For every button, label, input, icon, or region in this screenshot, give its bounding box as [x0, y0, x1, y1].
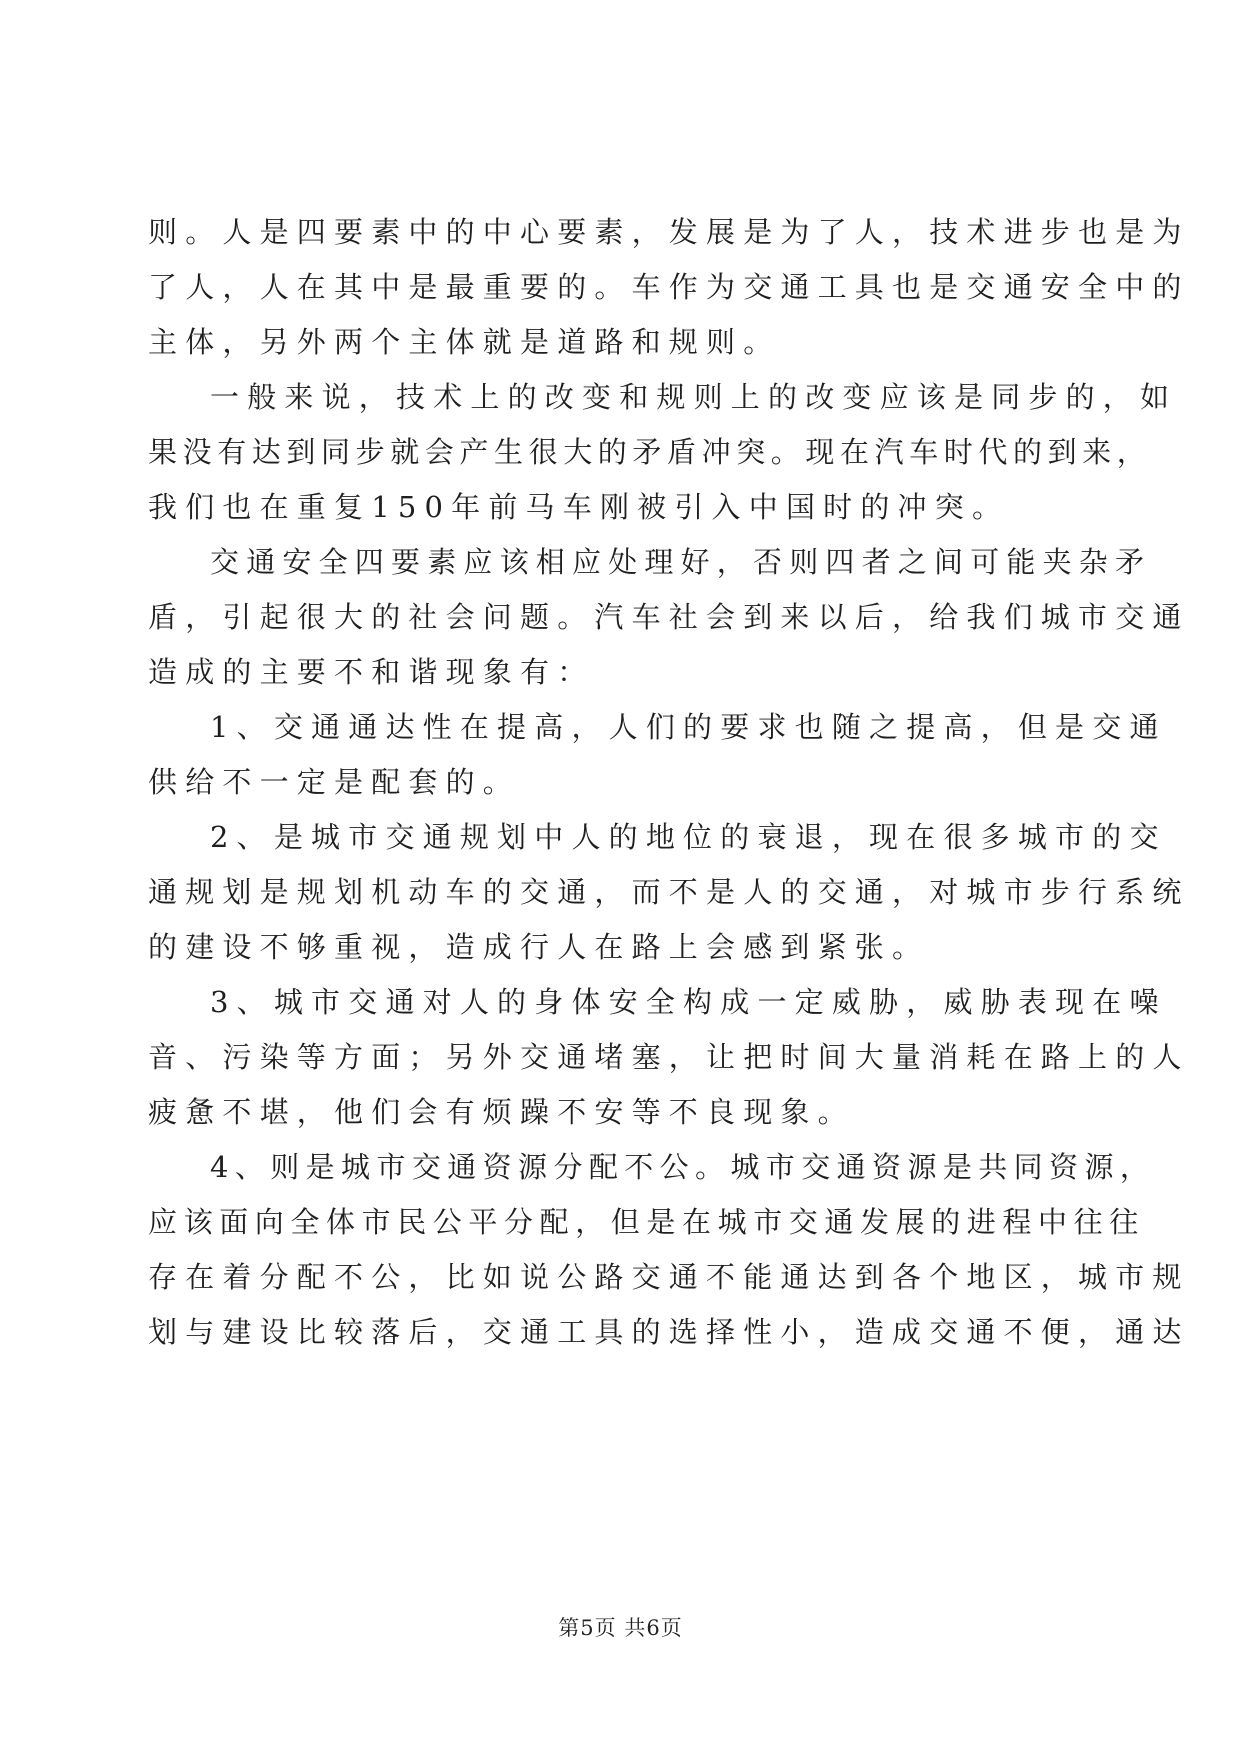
paragraph-1-line-2: 了人，人在其中是最重要的。车作为交通工具也是交通安全中的 — [148, 267, 1190, 307]
list-item-4-line-4: 划与建设比较落后，交通工具的选择性小，造成交通不便，通达 — [148, 1312, 1190, 1352]
paragraph-3-line-3: 造成的主要不和谐现象有： — [148, 652, 594, 692]
paragraph-1-line-3: 主体，另外两个主体就是道路和规则。 — [148, 322, 780, 362]
list-item-3-line-1: 3、城市交通对人的身体安全构成一定威胁，威胁表现在噪 — [210, 982, 1167, 1022]
list-item-4-line-2: 应该面向全体市民公平分配，但是在城市交通发展的进程中往往 — [148, 1202, 1145, 1242]
paragraph-2-line-1: 一般来说，技术上的改变和规则上的改变应该是同步的，如 — [210, 377, 1177, 417]
paragraph-3-line-1: 交通安全四要素应该相应处理好，否则四者之间可能夹杂矛 — [210, 542, 1151, 582]
list-item-3-line-2: 音、污染等方面；另外交通堵塞，让把时间大量消耗在路上的人 — [148, 1037, 1190, 1077]
paragraph-3-line-2: 盾，引起很大的社会问题。汽车社会到来以后，给我们城市交通 — [148, 597, 1190, 637]
paragraph-2-line-3: 我们也在重复150年前马车刚被引入中国时的冲突。 — [148, 487, 1009, 527]
list-item-2-line-3: 的建设不够重视，造成行人在路上会感到紧张。 — [148, 927, 929, 967]
page-number-footer: 第5页 共6页 — [0, 1612, 1241, 1642]
list-item-2-line-1: 2、是城市交通规划中人的地位的衰退，现在很多城市的交 — [210, 817, 1167, 857]
list-item-2-line-2: 通规划是规划机动车的交通，而不是人的交通，对城市步行系统 — [148, 872, 1190, 912]
list-item-3-line-3: 疲惫不堪，他们会有烦躁不安等不良现象。 — [148, 1092, 855, 1132]
list-item-4-line-1: 4、则是城市交通资源分配不公。城市交通资源是共同资源， — [210, 1147, 1155, 1187]
document-page: 则。人是四要素中的中心要素，发展是为了人，技术进步也是为 了人，人在其中是最重要… — [0, 0, 1241, 1754]
list-item-4-line-3: 存在着分配不公，比如说公路交通不能通达到各个地区，城市规 — [148, 1257, 1190, 1297]
paragraph-1-line-1: 则。人是四要素中的中心要素，发展是为了人，技术进步也是为 — [148, 212, 1190, 252]
list-item-1-line-2: 供给不一定是配套的。 — [148, 762, 520, 802]
paragraph-2-line-2: 果没有达到同步就会产生很大的矛盾冲突。现在汽车时代的到来， — [148, 432, 1151, 472]
list-item-1-line-1: 1、交通通达性在提高，人们的要求也随之提高，但是交通 — [210, 707, 1167, 747]
